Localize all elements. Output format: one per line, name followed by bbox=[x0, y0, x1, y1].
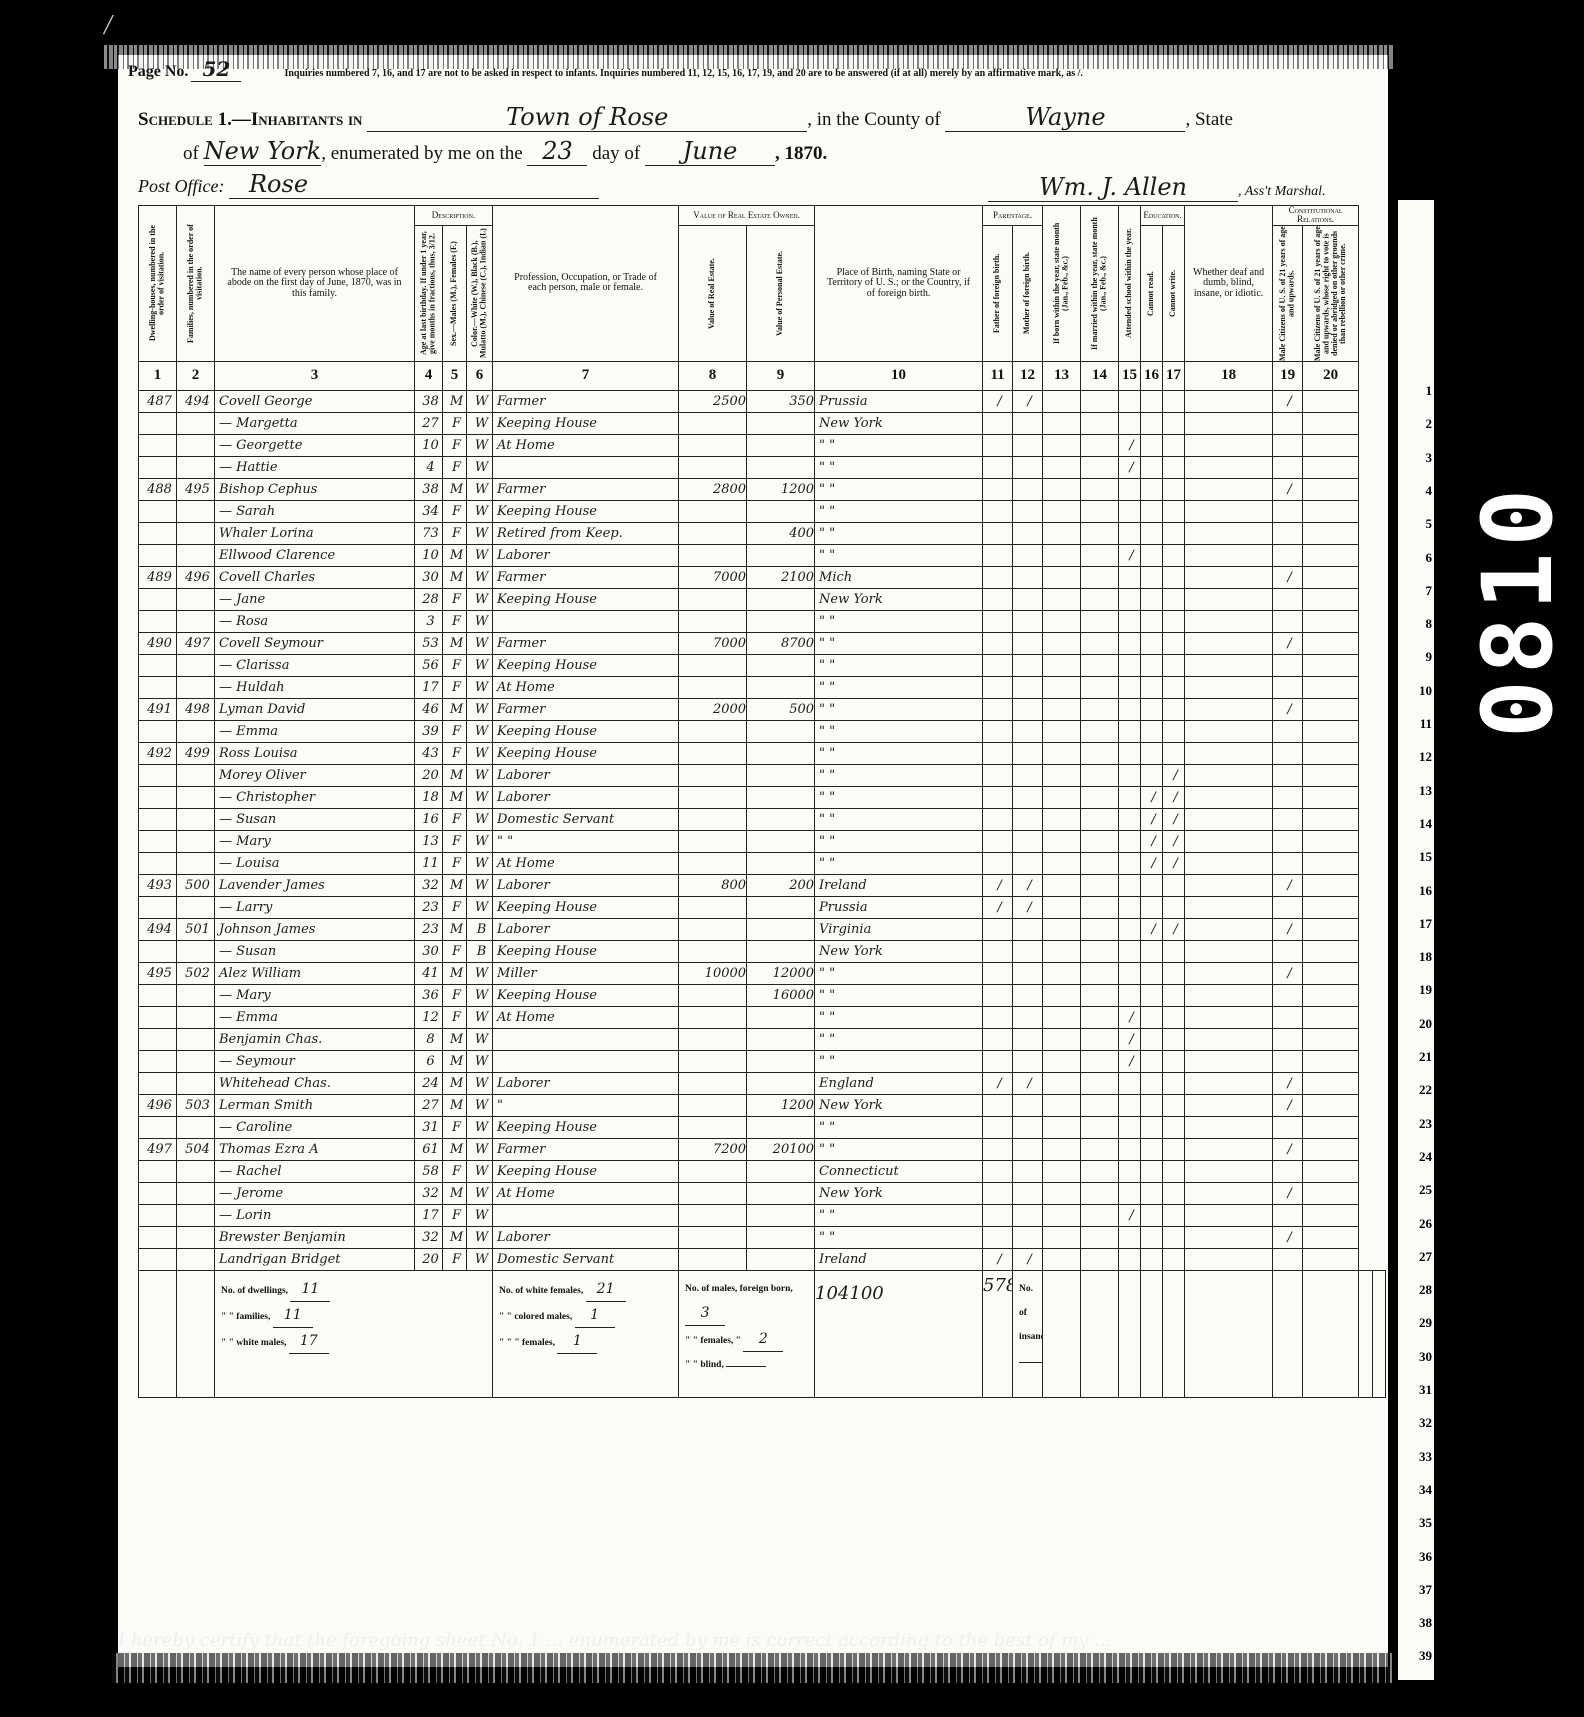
birthplace: " " bbox=[815, 1138, 983, 1160]
dwelling-number bbox=[139, 544, 177, 566]
person-name: Brewster Benjamin bbox=[215, 1226, 415, 1248]
header-real-estate: Value of Real Estate. bbox=[679, 225, 747, 361]
color: B bbox=[467, 940, 493, 962]
header-father-foreign: Father of foreign birth. bbox=[983, 225, 1013, 361]
dwelling-number bbox=[139, 896, 177, 918]
cannot-read-mark bbox=[1141, 566, 1163, 588]
line-number: 8 bbox=[1426, 616, 1433, 632]
married-within-year bbox=[1081, 1138, 1119, 1160]
line-number: 26 bbox=[1419, 1216, 1432, 1232]
school-mark bbox=[1119, 654, 1141, 676]
family-number bbox=[177, 456, 215, 478]
birthplace: " " bbox=[815, 1226, 983, 1248]
birthplace: New York bbox=[815, 588, 983, 610]
born-within-year bbox=[1043, 588, 1081, 610]
citizen-mark bbox=[1273, 786, 1303, 808]
mother-foreign-mark bbox=[1013, 1226, 1043, 1248]
birthplace: Mich bbox=[815, 566, 983, 588]
father-foreign-mark bbox=[983, 1116, 1013, 1138]
cannot-read-mark bbox=[1141, 1204, 1163, 1226]
cannot-read-mark bbox=[1141, 720, 1163, 742]
birthplace: New York bbox=[815, 940, 983, 962]
cannot-read-mark bbox=[1141, 1138, 1163, 1160]
sex: F bbox=[443, 456, 467, 478]
person-name: — Lorin bbox=[215, 1204, 415, 1226]
cannot-write-mark bbox=[1163, 1050, 1185, 1072]
deaf-blind-field bbox=[1185, 1226, 1273, 1248]
vote-denied-field bbox=[1303, 1094, 1359, 1116]
cannot-write-mark bbox=[1163, 874, 1185, 896]
vote-denied-field bbox=[1303, 588, 1359, 610]
citizen-mark bbox=[1273, 610, 1303, 632]
school-mark bbox=[1119, 1094, 1141, 1116]
color: W bbox=[467, 566, 493, 588]
father-foreign-mark bbox=[983, 742, 1013, 764]
table-row: — Jane 28 F W Keeping House New York bbox=[139, 588, 1386, 610]
table-row: — Seymour 6 M W " " / bbox=[139, 1050, 1386, 1072]
cannot-write-mark bbox=[1163, 1226, 1185, 1248]
person-name: — Hattie bbox=[215, 456, 415, 478]
white-males-label: " " white males, bbox=[221, 1338, 286, 1348]
birthplace: Prussia bbox=[815, 896, 983, 918]
family-number: 494 bbox=[177, 390, 215, 412]
citizen-mark: / bbox=[1273, 566, 1303, 588]
census-rows: 487 494 Covell George 38 M W Farmer 2500… bbox=[139, 390, 1386, 1270]
married-within-year bbox=[1081, 918, 1119, 940]
school-mark bbox=[1119, 742, 1141, 764]
real-estate-value bbox=[679, 676, 747, 698]
column-number: 5 bbox=[443, 361, 467, 390]
vote-denied-field bbox=[1303, 434, 1359, 456]
color: W bbox=[467, 500, 493, 522]
citizen-mark bbox=[1273, 1050, 1303, 1072]
colored-females-label: " " " females, bbox=[499, 1338, 555, 1348]
cannot-write-mark bbox=[1163, 654, 1185, 676]
table-row: — Caroline 31 F W Keeping House " " bbox=[139, 1116, 1386, 1138]
born-within-year bbox=[1043, 610, 1081, 632]
deaf-blind-field bbox=[1185, 500, 1273, 522]
birthplace: " " bbox=[815, 742, 983, 764]
family-number bbox=[177, 412, 215, 434]
mother-foreign-mark bbox=[1013, 456, 1043, 478]
cannot-read-mark bbox=[1141, 940, 1163, 962]
cannot-write-mark bbox=[1163, 390, 1185, 412]
cannot-read-mark bbox=[1141, 654, 1163, 676]
vote-denied-field bbox=[1303, 1116, 1359, 1138]
father-foreign-mark bbox=[983, 1138, 1013, 1160]
line-number: 39 bbox=[1419, 1648, 1432, 1664]
family-number: 500 bbox=[177, 874, 215, 896]
person-name: — Clarissa bbox=[215, 654, 415, 676]
deaf-blind-field bbox=[1185, 1116, 1273, 1138]
deaf-blind-field bbox=[1185, 896, 1273, 918]
personal-estate-value: 16000 bbox=[747, 984, 815, 1006]
real-estate-value bbox=[679, 918, 747, 940]
citizen-mark bbox=[1273, 940, 1303, 962]
vote-denied-field bbox=[1303, 500, 1359, 522]
birthplace: " " bbox=[815, 456, 983, 478]
born-within-year bbox=[1043, 434, 1081, 456]
school-mark: / bbox=[1119, 1050, 1141, 1072]
occupation bbox=[493, 456, 679, 478]
real-estate-value: 7000 bbox=[679, 566, 747, 588]
birthplace: " " bbox=[815, 1028, 983, 1050]
father-foreign-mark bbox=[983, 500, 1013, 522]
occupation: Domestic Servant bbox=[493, 1248, 679, 1270]
table-row: — Christopher 18 M W Laborer " " / / bbox=[139, 786, 1386, 808]
born-within-year bbox=[1043, 654, 1081, 676]
family-number bbox=[177, 1226, 215, 1248]
header-deaf-blind: Whether deaf and dumb, blind, insane, or… bbox=[1185, 206, 1273, 362]
dwelling-number: 488 bbox=[139, 478, 177, 500]
person-name: Covell Seymour bbox=[215, 632, 415, 654]
column-number: 9 bbox=[747, 361, 815, 390]
real-estate-value bbox=[679, 1006, 747, 1028]
age: 4 bbox=[415, 456, 443, 478]
real-estate-value bbox=[679, 544, 747, 566]
dwelling-number bbox=[139, 940, 177, 962]
cannot-read-mark bbox=[1141, 1226, 1163, 1248]
line-number: 9 bbox=[1426, 649, 1433, 665]
birthplace: " " bbox=[815, 830, 983, 852]
born-within-year bbox=[1043, 808, 1081, 830]
line-number: 24 bbox=[1419, 1149, 1432, 1165]
cannot-read-mark: / bbox=[1141, 786, 1163, 808]
deaf-blind-field bbox=[1185, 1072, 1273, 1094]
birthplace: Connecticut bbox=[815, 1160, 983, 1182]
birthplace: Ireland bbox=[815, 874, 983, 896]
real-estate-value bbox=[679, 588, 747, 610]
deaf-blind-field bbox=[1185, 742, 1273, 764]
deaf-blind-field bbox=[1185, 852, 1273, 874]
enumeration-line: of New York, enumerated by me on the 23 … bbox=[183, 137, 827, 166]
married-within-year bbox=[1081, 764, 1119, 786]
occupation: Keeping House bbox=[493, 1116, 679, 1138]
sex: M bbox=[443, 764, 467, 786]
occupation: Domestic Servant bbox=[493, 808, 679, 830]
school-mark bbox=[1119, 896, 1141, 918]
real-estate-value bbox=[679, 830, 747, 852]
vote-denied-field bbox=[1303, 1204, 1359, 1226]
born-within-year bbox=[1043, 852, 1081, 874]
cannot-read-mark bbox=[1141, 1094, 1163, 1116]
mother-foreign-mark bbox=[1013, 1028, 1043, 1050]
sex: M bbox=[443, 1072, 467, 1094]
mother-foreign-mark bbox=[1013, 984, 1043, 1006]
deaf-blind-field bbox=[1185, 984, 1273, 1006]
sex: M bbox=[443, 478, 467, 500]
born-within-year bbox=[1043, 676, 1081, 698]
mother-foreign-mark bbox=[1013, 742, 1043, 764]
dwelling-number bbox=[139, 720, 177, 742]
cannot-read-mark: / bbox=[1141, 830, 1163, 852]
citizen-mark bbox=[1273, 434, 1303, 456]
mother-foreign-mark bbox=[1013, 412, 1043, 434]
citizen-mark: / bbox=[1273, 1072, 1303, 1094]
cannot-write-mark bbox=[1163, 478, 1185, 500]
birthplace: " " bbox=[815, 1006, 983, 1028]
summary-insane: No. of insane, 4/18 bbox=[1013, 1270, 1043, 1397]
colored-males-count: 1 bbox=[575, 1303, 615, 1328]
dwelling-number bbox=[139, 500, 177, 522]
deaf-blind-field bbox=[1185, 456, 1273, 478]
school-mark bbox=[1119, 984, 1141, 1006]
father-foreign-mark bbox=[983, 1204, 1013, 1226]
dwelling-number bbox=[139, 676, 177, 698]
occupation: Laborer bbox=[493, 1072, 679, 1094]
line-number: 29 bbox=[1419, 1315, 1432, 1331]
table-row: 490 497 Covell Seymour 53 M W Farmer 700… bbox=[139, 632, 1386, 654]
cannot-read-mark: / bbox=[1141, 852, 1163, 874]
town-field: Town of Rose bbox=[367, 103, 807, 132]
age: 58 bbox=[415, 1160, 443, 1182]
color: W bbox=[467, 808, 493, 830]
sex: F bbox=[443, 830, 467, 852]
personal-estate-value bbox=[747, 940, 815, 962]
color: W bbox=[467, 434, 493, 456]
sex: F bbox=[443, 940, 467, 962]
personal-estate-value bbox=[747, 544, 815, 566]
citizen-mark: / bbox=[1273, 874, 1303, 896]
family-number bbox=[177, 500, 215, 522]
family-number: 495 bbox=[177, 478, 215, 500]
deaf-blind-field bbox=[1185, 412, 1273, 434]
column-number: 17 bbox=[1163, 361, 1185, 390]
citizen-mark bbox=[1273, 852, 1303, 874]
born-within-year bbox=[1043, 1006, 1081, 1028]
real-estate-value bbox=[679, 896, 747, 918]
person-name: — Huldah bbox=[215, 676, 415, 698]
vote-denied-field bbox=[1303, 412, 1359, 434]
citizen-mark bbox=[1273, 808, 1303, 830]
personal-estate-value bbox=[747, 1182, 815, 1204]
occupation: Laborer bbox=[493, 764, 679, 786]
table-row: 496 503 Lerman Smith 27 M W " 1200 New Y… bbox=[139, 1094, 1386, 1116]
deaf-blind-field bbox=[1185, 874, 1273, 896]
deaf-blind-field bbox=[1185, 918, 1273, 940]
dwelling-number: 496 bbox=[139, 1094, 177, 1116]
citizen-mark: / bbox=[1273, 918, 1303, 940]
citizen-mark bbox=[1273, 500, 1303, 522]
cannot-read-mark bbox=[1141, 456, 1163, 478]
family-number bbox=[177, 654, 215, 676]
census-page: Page No. 52 Inquiries numbered 7, 16, an… bbox=[118, 55, 1388, 1667]
school-mark bbox=[1119, 566, 1141, 588]
cannot-write-mark: / bbox=[1163, 808, 1185, 830]
family-number: 497 bbox=[177, 632, 215, 654]
summary-row: No. of dwellings, 11 " " families, 11 " … bbox=[139, 1270, 1386, 1397]
citizen-mark: / bbox=[1273, 1182, 1303, 1204]
person-name: Covell Charles bbox=[215, 566, 415, 588]
enumerated-label: , enumerated by me on the bbox=[321, 143, 523, 164]
cannot-read-mark bbox=[1141, 1248, 1163, 1270]
family-number: 498 bbox=[177, 698, 215, 720]
dwelling-number: 487 bbox=[139, 390, 177, 412]
deaf-blind-field bbox=[1185, 654, 1273, 676]
school-mark bbox=[1119, 1226, 1141, 1248]
personal-estate-value bbox=[747, 456, 815, 478]
cannot-read-mark bbox=[1141, 390, 1163, 412]
birthplace: " " bbox=[815, 478, 983, 500]
header-occupation: Profession, Occupation, or Trade of each… bbox=[493, 206, 679, 362]
school-mark bbox=[1119, 940, 1141, 962]
mother-foreign-mark bbox=[1013, 808, 1043, 830]
vote-denied-field bbox=[1303, 1226, 1359, 1248]
born-within-year bbox=[1043, 984, 1081, 1006]
father-foreign-mark bbox=[983, 1094, 1013, 1116]
page-number: 52 bbox=[191, 57, 241, 82]
dwellings-count: 11 bbox=[290, 1277, 330, 1302]
married-within-year bbox=[1081, 588, 1119, 610]
married-within-year bbox=[1081, 1094, 1119, 1116]
born-within-year bbox=[1043, 566, 1081, 588]
color: W bbox=[467, 676, 493, 698]
married-within-year bbox=[1081, 566, 1119, 588]
color: W bbox=[467, 1248, 493, 1270]
sex: M bbox=[443, 918, 467, 940]
line-number: 13 bbox=[1419, 783, 1432, 799]
school-mark bbox=[1119, 1160, 1141, 1182]
real-estate-value bbox=[679, 852, 747, 874]
column-number: 8 bbox=[679, 361, 747, 390]
age: 41 bbox=[415, 962, 443, 984]
married-within-year bbox=[1081, 962, 1119, 984]
real-estate-value bbox=[679, 654, 747, 676]
real-estate-value bbox=[679, 1248, 747, 1270]
real-estate-value bbox=[679, 456, 747, 478]
age: 13 bbox=[415, 830, 443, 852]
color: W bbox=[467, 1094, 493, 1116]
line-number: 31 bbox=[1419, 1382, 1432, 1398]
married-within-year bbox=[1081, 1248, 1119, 1270]
personal-estate-value bbox=[747, 1226, 815, 1248]
white-females-label: No. of white females, bbox=[499, 1286, 583, 1296]
personal-estate-value bbox=[747, 918, 815, 940]
header-cannot-write: Cannot write. bbox=[1163, 225, 1185, 361]
vote-denied-field bbox=[1303, 676, 1359, 698]
occupation: At Home bbox=[493, 434, 679, 456]
mother-foreign-mark bbox=[1013, 610, 1043, 632]
mother-foreign-mark bbox=[1013, 786, 1043, 808]
age: 6 bbox=[415, 1050, 443, 1072]
header-attended-school: Attended school within the year. bbox=[1119, 206, 1141, 362]
cannot-read-mark bbox=[1141, 1160, 1163, 1182]
mother-foreign-mark bbox=[1013, 1182, 1043, 1204]
dwelling-number bbox=[139, 1050, 177, 1072]
sex: M bbox=[443, 962, 467, 984]
color: W bbox=[467, 764, 493, 786]
color: W bbox=[467, 852, 493, 874]
dwelling-number bbox=[139, 588, 177, 610]
birthplace: " " bbox=[815, 676, 983, 698]
dwelling-number bbox=[139, 984, 177, 1006]
school-mark bbox=[1119, 830, 1141, 852]
occupation: Keeping House bbox=[493, 500, 679, 522]
column-number: 11 bbox=[983, 361, 1013, 390]
page-header-note: Page No. 52 Inquiries numbered 7, 16, an… bbox=[128, 57, 1083, 82]
born-within-year bbox=[1043, 896, 1081, 918]
person-name: — Mary bbox=[215, 984, 415, 1006]
mother-foreign-mark bbox=[1013, 632, 1043, 654]
of-label: of bbox=[183, 143, 199, 164]
occupation: Keeping House bbox=[493, 896, 679, 918]
occupation bbox=[493, 1050, 679, 1072]
occupation: Farmer bbox=[493, 698, 679, 720]
header-group-constitutional: Constitutional Relations. bbox=[1273, 206, 1359, 226]
state-label: , State bbox=[1185, 109, 1233, 130]
family-number bbox=[177, 676, 215, 698]
column-number: 7 bbox=[493, 361, 679, 390]
cannot-write-mark bbox=[1163, 522, 1185, 544]
born-within-year bbox=[1043, 456, 1081, 478]
birthplace: New York bbox=[815, 1182, 983, 1204]
father-foreign-mark bbox=[983, 720, 1013, 742]
cannot-read-mark bbox=[1141, 874, 1163, 896]
line-number: 6 bbox=[1426, 550, 1433, 566]
header-sex: Sex.—Males (M.), Females (F.) bbox=[443, 225, 467, 361]
line-number: 27 bbox=[1419, 1249, 1432, 1265]
deaf-blind-field bbox=[1185, 962, 1273, 984]
married-within-year bbox=[1081, 1028, 1119, 1050]
header-born-within-year: If born within the year, state month (Ja… bbox=[1043, 206, 1081, 362]
line-number: 15 bbox=[1419, 849, 1432, 865]
birthplace: " " bbox=[815, 808, 983, 830]
cannot-read-mark bbox=[1141, 610, 1163, 632]
insane-count bbox=[1019, 1362, 1043, 1363]
occupation: At Home bbox=[493, 1182, 679, 1204]
color: W bbox=[467, 720, 493, 742]
schedule-line: Schedule 1.—Inhabitants in Town of Rose,… bbox=[138, 103, 1233, 132]
school-mark bbox=[1119, 412, 1141, 434]
header-family: Families, numbered in the order of visit… bbox=[177, 206, 215, 362]
mother-foreign-mark bbox=[1013, 566, 1043, 588]
vote-denied-field bbox=[1303, 1248, 1359, 1270]
foreign-males-label: No. of males, foreign born, bbox=[685, 1284, 793, 1294]
married-within-year bbox=[1081, 632, 1119, 654]
married-within-year bbox=[1081, 478, 1119, 500]
person-name: Bishop Cephus bbox=[215, 478, 415, 500]
age: 38 bbox=[415, 478, 443, 500]
sex: M bbox=[443, 786, 467, 808]
vote-denied-field bbox=[1303, 852, 1359, 874]
person-name: — Mary bbox=[215, 830, 415, 852]
person-name: — Margetta bbox=[215, 412, 415, 434]
dwelling-number bbox=[139, 1248, 177, 1270]
family-number bbox=[177, 588, 215, 610]
vote-denied-field bbox=[1303, 522, 1359, 544]
birthplace: " " bbox=[815, 852, 983, 874]
foreign-females-label: " " females, " bbox=[685, 1336, 741, 1346]
age: 10 bbox=[415, 434, 443, 456]
school-mark: / bbox=[1119, 434, 1141, 456]
real-estate-value bbox=[679, 522, 747, 544]
person-name: — Emma bbox=[215, 1006, 415, 1028]
born-within-year bbox=[1043, 918, 1081, 940]
personal-estate-value bbox=[747, 852, 815, 874]
color: W bbox=[467, 588, 493, 610]
occupation bbox=[493, 1204, 679, 1226]
father-foreign-mark bbox=[983, 478, 1013, 500]
family-number bbox=[177, 808, 215, 830]
dwelling-number: 493 bbox=[139, 874, 177, 896]
vote-denied-field bbox=[1303, 1138, 1359, 1160]
age: 34 bbox=[415, 500, 443, 522]
person-name: Ross Louisa bbox=[215, 742, 415, 764]
table-row: Whitehead Chas. 24 M W Laborer England /… bbox=[139, 1072, 1386, 1094]
dwelling-number bbox=[139, 1116, 177, 1138]
occupation: " " bbox=[493, 830, 679, 852]
table-row: — Sarah 34 F W Keeping House " " bbox=[139, 500, 1386, 522]
